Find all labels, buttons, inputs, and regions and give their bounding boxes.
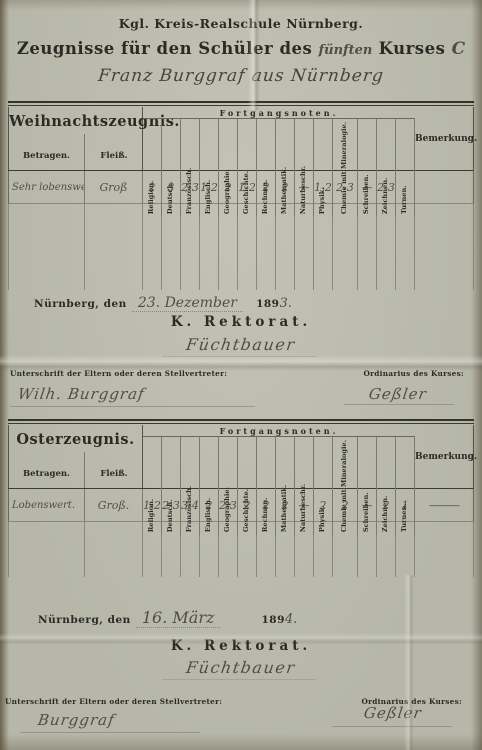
subject-mathematik: Mathematik. [276,437,295,535]
rektor-signature-wrap: Füchtbauer [0,335,482,357]
fleiss-header: Fleiß. [85,134,143,170]
parents-signature-label: Unterschrift der Eltern oder deren Stell… [10,369,227,378]
rektor-signature: Füchtbauer [163,658,319,680]
report-card-sheet: Kgl. Kreis-Realschule Nürnberg. Zeugniss… [0,0,482,750]
subject-geographie: Geographie. [219,119,238,217]
table-top-rule [8,101,474,106]
fleiss-header: Fleiß. [85,452,143,488]
subject-religion: Religion. [143,119,162,217]
fortgangsnoten-header: Fortgangsnoten. [143,425,415,437]
subject-schreiben: Schreiben. [358,437,377,535]
table-header: Osterzeugnis. Betragen. Fleiß. Fortgangs… [8,425,474,489]
table-top-rule [8,419,474,424]
subject-geschichte: Geschichte. [238,119,257,217]
subject-deutsch: Deutsch. [162,119,181,217]
betragen-value: Sehr lobenswert [9,171,85,203]
ordinarius-signature-rule [332,726,452,727]
subject-physik: Physik. [314,119,333,217]
parents-signature-rule [20,732,200,733]
table-header: Weihnachtszeugnis. Betragen. Fleiß. Fort… [8,107,474,171]
subject-turnen: Turnen. [396,119,415,217]
ordinarius-signature: Geßler [364,703,422,722]
subject-englisch: Englisch. [200,437,219,535]
student-name-line: Franz Burggraf aus Nürnberg [0,66,482,86]
fleiss-value: Groß [85,171,143,203]
parents-signature-rule [10,406,255,407]
betragen-header: Betragen. [9,134,85,170]
table-title: Weihnachtszeugnis. [9,107,142,134]
course-number-handwritten: fünften [319,43,373,58]
subject-deutsch: Deutsch. [162,437,181,535]
fortgangsnoten-header: Fortgangsnoten. [143,107,415,119]
subjects-header: Fortgangsnoten. Religion. Deutsch. Franz… [143,425,415,488]
parents-signature: Burggraf [38,710,115,729]
subject-chemie: Chemie mit Mineralogie. [333,437,358,535]
city-date-prefix: Nürnberg, den [38,614,131,626]
table-header-left: Osterzeugnis. Betragen. Fleiß. [9,425,143,488]
year-handwritten: 3. [279,296,291,311]
date-handwritten: 16. März [136,608,221,628]
bemerkung-value [415,171,473,203]
subject-zeichnen: Zeichnen. [377,437,396,535]
year-printed: 189 [261,614,284,626]
subject-chemie: Chemie mit Mineralogie. [333,119,358,217]
ordinarius-label: Ordinarius des Kurses: [363,369,464,378]
subject-rechnen: Rechnen. [257,119,276,217]
city-date-prefix: Nürnberg, den [34,298,127,310]
bemerkung-header: Bemerkung. [415,425,477,488]
betragen-value: Lobenswert. [9,489,85,521]
ordinarius-signature: Geßler [369,384,427,403]
table-header-left: Weihnachtszeugnis. Betragen. Fleiß. [9,107,143,170]
easter-date-line: Nürnberg, den 16. März 1894. [38,608,297,627]
bemerkung-header: Bemerkung. [415,107,477,170]
school-name: Kgl. Kreis-Realschule Nürnberg. [0,16,482,31]
subject-religion: Religion. [143,437,162,535]
subject-englisch: Englisch. [200,119,219,217]
subject-naturbeschr: Naturbeschr. [295,437,314,535]
subject-physik: Physik. [314,437,333,535]
betragen-header: Betragen. [9,452,85,488]
weihnachtszeugnis-table: Weihnachtszeugnis. Betragen. Fleiß. Fort… [8,101,474,290]
date-handwritten: 23. Dezember [132,295,243,312]
fleiss-value: Groß. [85,489,143,521]
table-title: Osterzeugnis. [9,425,142,452]
ordinarius-signature-rule [344,404,454,405]
subject-naturbeschr: Naturbeschr. [295,119,314,217]
subject-schreiben: Schreiben. [358,119,377,217]
subject-mathematik: Mathematik. [276,119,295,217]
parents-signature: Wilh. Burggraf [18,384,145,403]
osterzeugnis-table: Osterzeugnis. Betragen. Fleiß. Fortgangs… [8,419,474,577]
year-printed: 189 [256,298,279,310]
course-letter-handwritten: C [452,39,466,59]
subjects-header: Fortgangsnoten. Religion. Deutsch. Franz… [143,107,415,170]
subject-geschichte: Geschichte. [238,437,257,535]
subject-franzoesisch: Französisch. [181,119,200,217]
parents-signature-label: Unterschrift der Eltern oder deren Stell… [5,697,222,706]
subject-geographie: Geographie. [219,437,238,535]
rektorat-heading: K. Rektorat. [0,314,482,330]
title-suffix: Kurses [379,39,446,58]
subject-rechnen: Rechnen. [257,437,276,535]
subject-zeichnen: Zeichnen. [377,119,396,217]
year-handwritten: 4. [285,612,297,627]
document-title: Zeugnisse für den Schüler des fünften Ku… [0,39,482,59]
subject-turnen: Turnen. [396,437,415,535]
rektor-signature-wrap: Füchtbauer [0,658,482,680]
christmas-date-line: Nürnberg, den 23. Dezember 1893. [34,292,292,311]
title-prefix: Zeugnisse für den Schüler des [17,39,312,58]
rektorat-heading: K. Rektorat. [0,638,482,654]
rektor-signature: Füchtbauer [163,335,319,357]
bemerkung-value: ——— [415,489,473,521]
subject-franzoesisch: Französisch. [181,437,200,535]
